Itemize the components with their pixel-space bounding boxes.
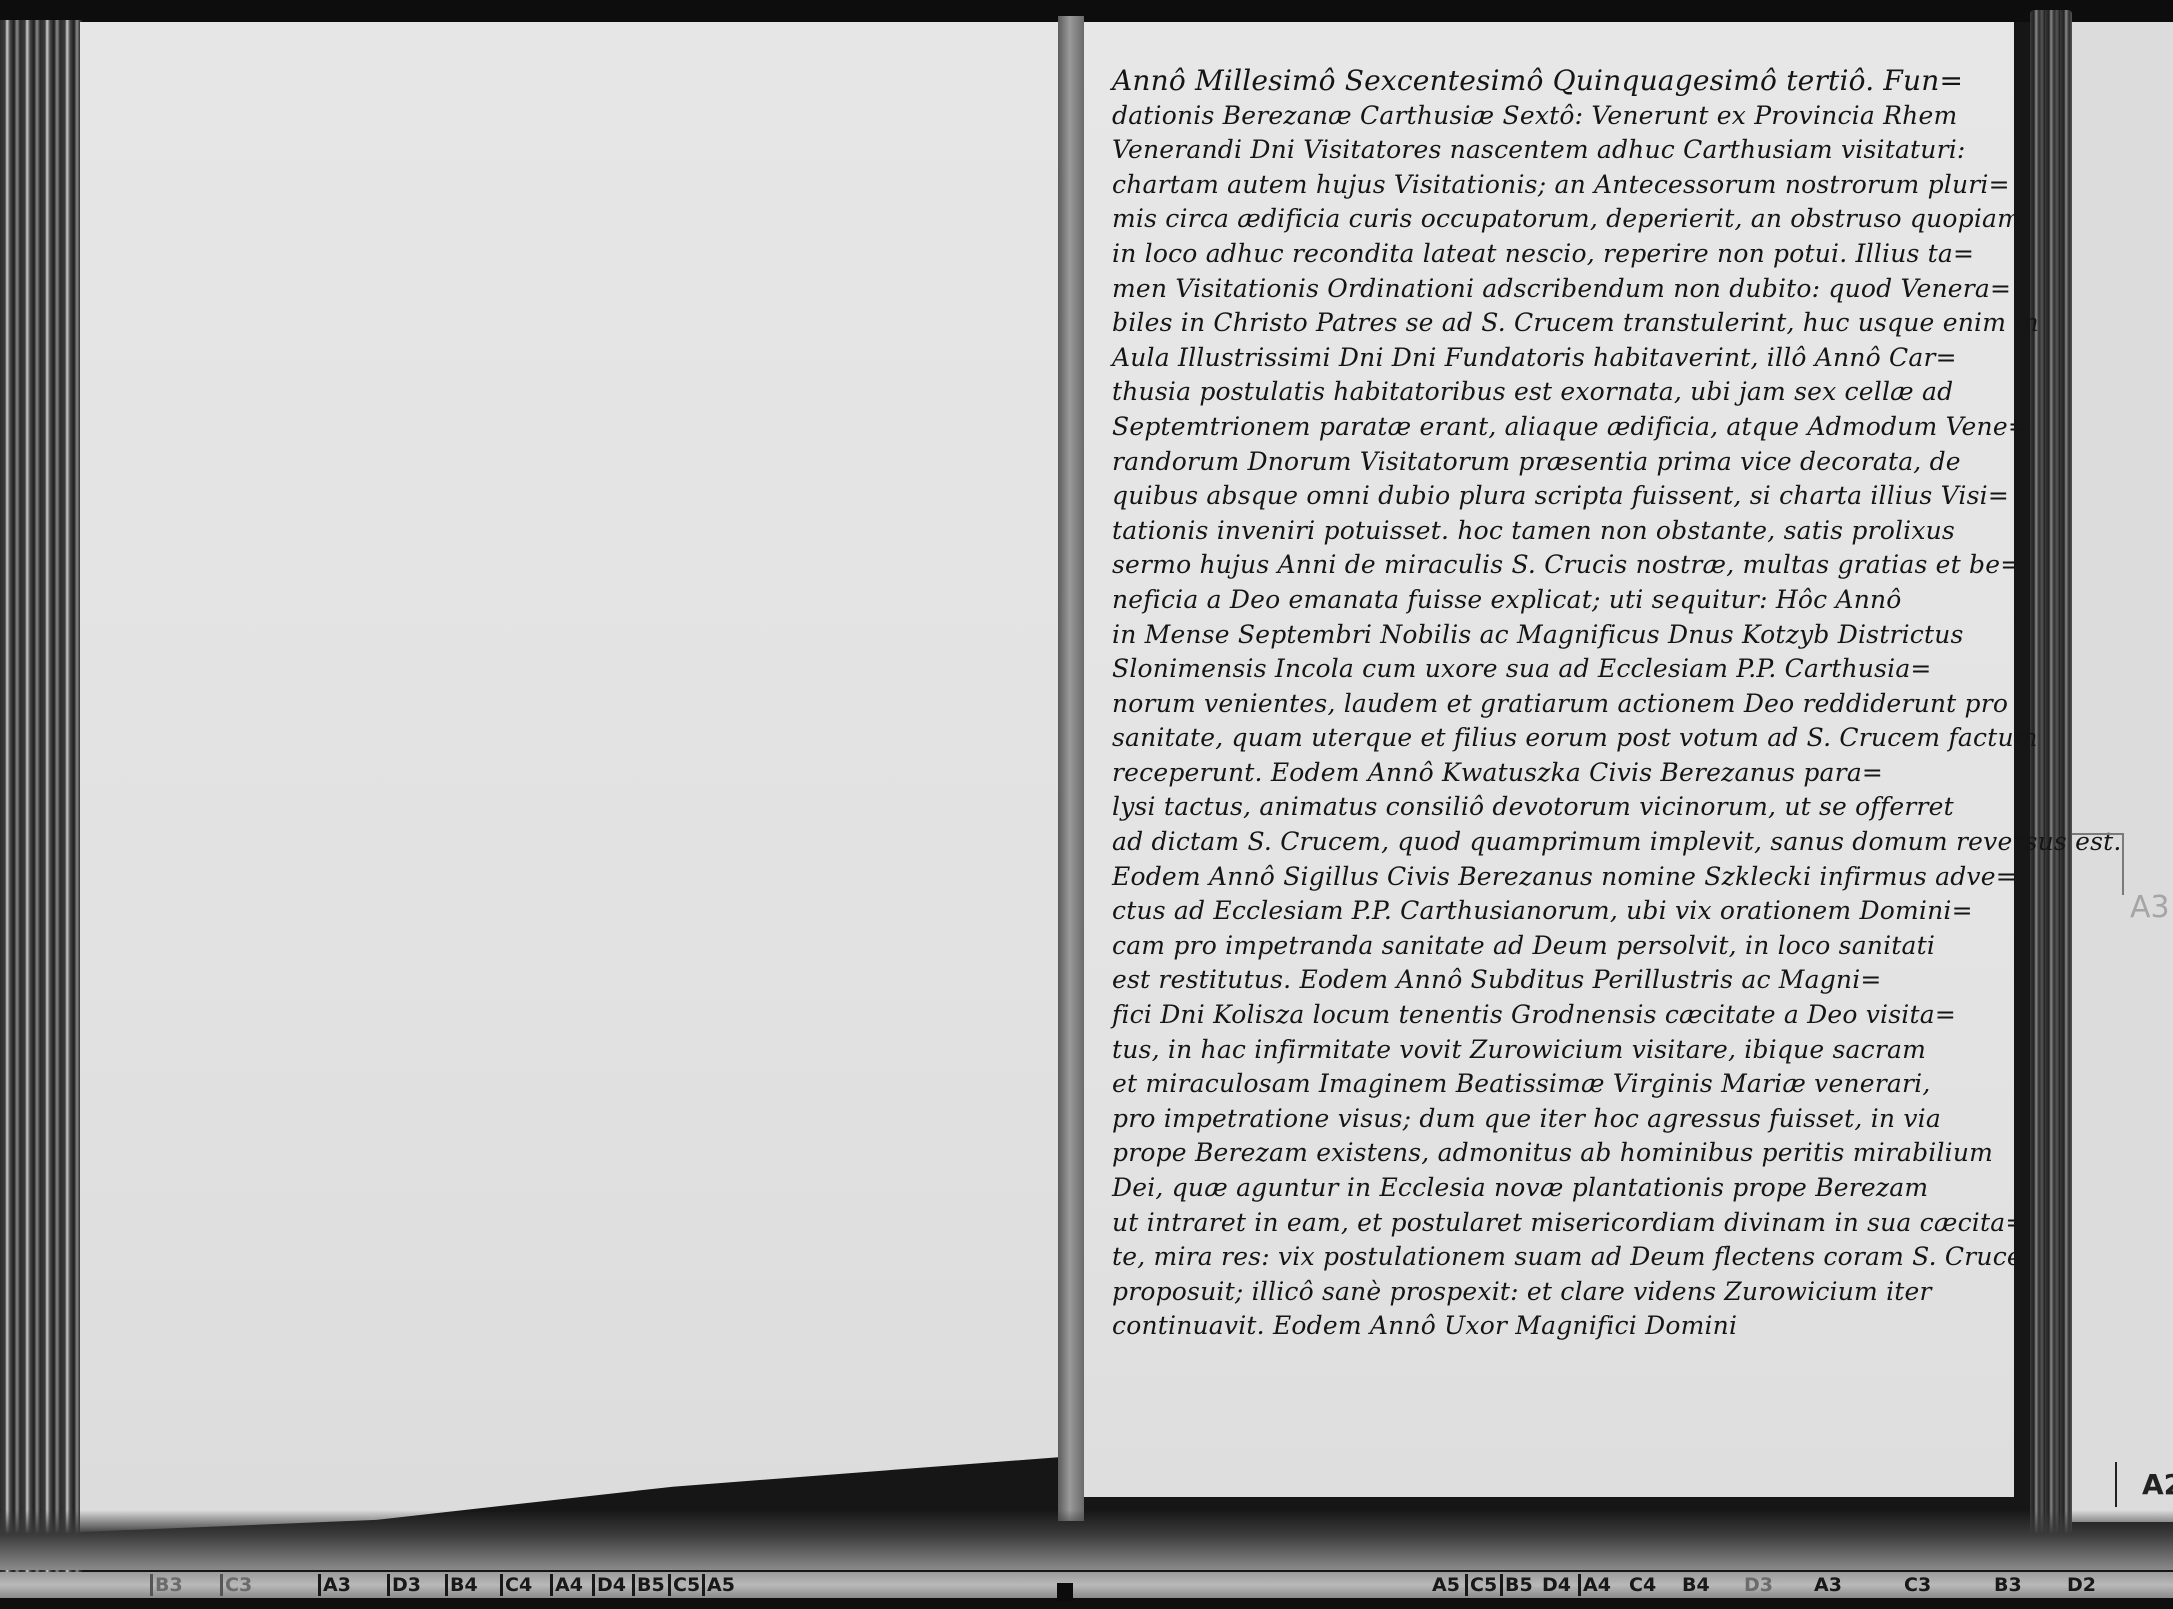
manuscript-line: dationis Berezanæ Carthusiæ Sextô: Vener… [1112, 99, 1992, 134]
manuscript-line: norum venientes, laudem et gratiarum act… [1112, 687, 1992, 722]
manuscript-line: in Mense Septembri Nobilis ac Magnificus… [1112, 618, 1992, 653]
scale-label: B4 [445, 1574, 478, 1596]
scale-label: C3 [220, 1574, 252, 1596]
manuscript-line: neficia a Deo emanata fuisse explicat; u… [1112, 583, 1992, 618]
manuscript-line: proposuit; illicô sanè prospexit: et cla… [1112, 1275, 1992, 1310]
scale-label: D4 [1540, 1574, 1571, 1596]
scale-label: C4 [1627, 1574, 1656, 1596]
manuscript-line: continuavit. Eodem Annô Uxor Magnifici D… [1112, 1309, 1992, 1344]
scale-label: A4 [550, 1574, 583, 1596]
scale-label: A3 [318, 1574, 351, 1596]
manuscript-line: men Visitationis Ordinationi adscribendu… [1112, 272, 1992, 307]
manuscript-line: tus, in hac infirmitate vovit Zurowicium… [1112, 1033, 1992, 1068]
scale-label: D4 [592, 1574, 626, 1596]
manuscript-line: sermo hujus Anni de miraculis S. Crucis … [1112, 548, 1992, 583]
registration-tick [2115, 1462, 2117, 1507]
manuscript-line: fici Dni Kolisza locum tenentis Grodnens… [1112, 998, 1992, 1033]
scale-label: D3 [1742, 1574, 1773, 1596]
manuscript-line: sanitate, quam uterque et filius eorum p… [1112, 721, 1992, 756]
scale-label: B3 [1992, 1574, 2022, 1596]
manuscript-line: ad dictam S. Crucem, quod quamprimum imp… [1112, 825, 1992, 860]
manuscript-line: lysi tactus, animatus consiliô devotorum… [1112, 790, 1992, 825]
scale-label: B4 [1680, 1574, 1710, 1596]
scale-label: C5 [1465, 1574, 1497, 1596]
manuscript-line: Septemtrionem paratæ erant, aliaque ædif… [1112, 410, 1992, 445]
manuscript-line: te, mira res: vix postulationem suam ad … [1112, 1240, 1992, 1275]
scale-label: B3 [150, 1574, 183, 1596]
scale-label: A4 [1578, 1574, 1611, 1596]
manuscript-line: est restitutus. Eodem Annô Subditus Peri… [1112, 963, 1992, 998]
film-bottom-border [0, 1598, 2173, 1609]
right-book-edge-leaves [2030, 10, 2072, 1535]
scale-label: D3 [387, 1574, 421, 1596]
scale-label: D2 [2065, 1574, 2096, 1596]
film-top-border [0, 0, 2173, 22]
scale-label: C5 [668, 1574, 700, 1596]
manuscript-line: ctus ad Ecclesiam P.P. Carthusianorum, u… [1112, 894, 1992, 929]
manuscript-line: mis circa ædificia curis occupatorum, de… [1112, 202, 1992, 237]
scale-label: A3 [1812, 1574, 1842, 1596]
scale-label: B5 [1500, 1574, 1533, 1596]
manuscript-line: in loco adhuc recondita lateat nescio, r… [1112, 237, 1992, 272]
manuscript-line: Eodem Annô Sigillus Civis Berezanus nomi… [1112, 860, 1992, 895]
manuscript-line: pro impetratione visus; dum que iter hoc… [1112, 1102, 1992, 1137]
manuscript-line: ut intraret in eam, et postularet miseri… [1112, 1206, 1992, 1241]
scale-label: A5 [1430, 1574, 1460, 1596]
manuscript-line: thusia postulatis habitatoribus est exor… [1112, 375, 1992, 410]
scale-label: B5 [632, 1574, 665, 1596]
manuscript-line: et miraculosam Imaginem Beatissimæ Virgi… [1112, 1067, 1992, 1102]
scale-label: C3 [1902, 1574, 1931, 1596]
registration-bracket [2072, 833, 2124, 895]
registration-label-bottom: A2 [2142, 1468, 2173, 1501]
manuscript-line: chartam autem hujus Visitationis; an Ant… [1112, 168, 1992, 203]
book-gutter [1058, 16, 1084, 1521]
manuscript-text: Annô Millesimô Sexcentesimô Quinquagesim… [1112, 64, 1992, 1344]
scale-label: A5 [702, 1574, 735, 1596]
background-sheet [2072, 22, 2173, 1522]
microfilm-scan: Annô Millesimô Sexcentesimô Quinquagesim… [0, 0, 2173, 1609]
manuscript-line: Aula Illustrissimi Dni Dni Fundatoris ha… [1112, 341, 1992, 376]
manuscript-line: Dei, quæ aguntur in Ecclesia novæ planta… [1112, 1171, 1992, 1206]
manuscript-line: tationis inveniri potuisset. hoc tamen n… [1112, 514, 1992, 549]
manuscript-line: Venerandi Dni Visitatores nascentem adhu… [1112, 133, 1992, 168]
manuscript-line: quibus absque omni dubio plura scripta f… [1112, 479, 1992, 514]
manuscript-line: biles in Christo Patres se ad S. Crucem … [1112, 306, 1992, 341]
manuscript-line: prope Berezam existens, admonitus ab hom… [1112, 1136, 1992, 1171]
left-page-blank [80, 22, 1068, 1532]
left-book-edge-leaves [0, 20, 82, 1580]
bottom-shadow [0, 1510, 2173, 1570]
manuscript-line: cam pro impetranda sanitate ad Deum pers… [1112, 929, 1992, 964]
manuscript-line: Annô Millesimô Sexcentesimô Quinquagesim… [1112, 64, 1992, 99]
manuscript-line: receperunt. Eodem Annô Kwatuszka Civis B… [1112, 756, 1992, 791]
manuscript-line: randorum Dnorum Visitatorum præsentia pr… [1112, 445, 1992, 480]
scale-label: C4 [500, 1574, 532, 1596]
registration-label: A3 [2130, 890, 2170, 925]
film-marker-block [1057, 1583, 1073, 1601]
manuscript-line: Slonimensis Incola cum uxore sua ad Eccl… [1112, 652, 1992, 687]
